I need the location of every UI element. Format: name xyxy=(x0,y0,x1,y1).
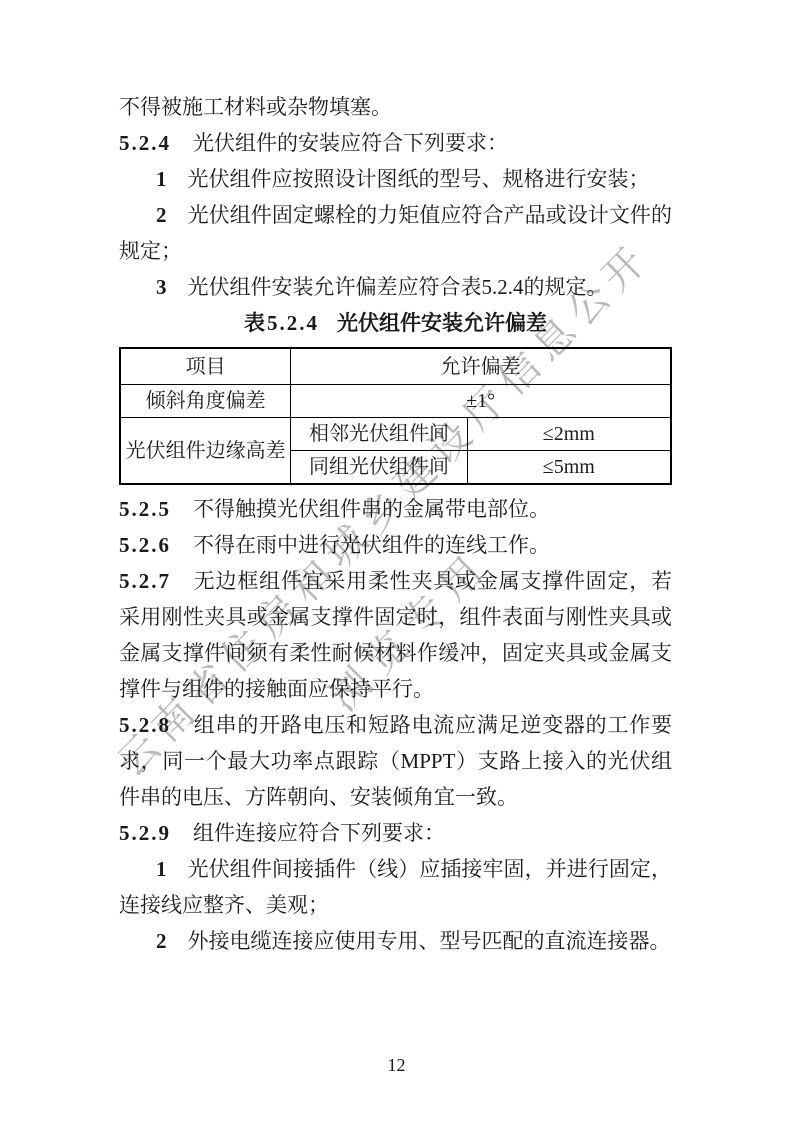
clause-5-2-7-text: 无边框组件宜采用柔性夹具或金属支撑件固定，若采用刚性夹具或金属支撑件固定时，组件… xyxy=(119,569,672,701)
table-header-row: 项目 允许偏差 xyxy=(120,348,671,385)
edge-item-cell: 光伏组件边缘高差 xyxy=(120,418,291,485)
clause-5-2-6-number: 5.2.6 xyxy=(119,533,171,557)
clause-5-2-6: 5.2.6不得在雨中进行光伏组件的连线工作。 xyxy=(119,527,672,563)
page-number: 12 xyxy=(0,1055,793,1076)
clause-5-2-5-number: 5.2.5 xyxy=(119,497,171,521)
item-number: 1 xyxy=(156,857,167,881)
clause-5-2-9-item-2: 2外接电缆连接应使用专用、型号匹配的直流连接器。 xyxy=(119,923,672,959)
item-number: 3 xyxy=(156,275,167,299)
clause-5-2-4: 5.2.4光伏组件的安装应符合下列要求： xyxy=(119,125,672,161)
clause-5-2-8-number: 5.2.8 xyxy=(119,713,171,737)
item-text: 光伏组件应按照设计图纸的型号、规格进行安装； xyxy=(188,167,650,191)
clause-5-2-8: 5.2.8组串的开路电压和短路电流应满足逆变器的工作要求，同一个最大功率点跟踪（… xyxy=(119,707,672,815)
table-row-tilt: 倾斜角度偏差 ±1° xyxy=(120,385,671,418)
clause-5-2-9-number: 5.2.9 xyxy=(119,821,171,845)
table-header-item: 项目 xyxy=(120,348,291,385)
clause-5-2-5: 5.2.5不得触摸光伏组件串的金属带电部位。 xyxy=(119,491,672,527)
clause-5-2-5-text: 不得触摸光伏组件串的金属带电部位。 xyxy=(193,497,550,521)
clause-5-2-4-item-2: 2光伏组件固定螺栓的力矩值应符合产品或设计文件的规定； xyxy=(119,197,672,269)
item-text: 光伏组件安装允许偏差应符合表5.2.4的规定。 xyxy=(188,275,608,299)
clause-5-2-4-number: 5.2.4 xyxy=(119,131,171,155)
clause-5-2-9-item-1: 1光伏组件间接插件（线）应插接牢固，并进行固定，连接线应整齐、美观； xyxy=(119,851,672,923)
intro-paragraph: 不得被施工材料或杂物填塞。 xyxy=(119,89,672,125)
edge-adjacent-label-cell: 相邻光伏组件间 xyxy=(291,418,467,451)
clause-5-2-6-text: 不得在雨中进行光伏组件的连线工作。 xyxy=(193,533,550,557)
clause-5-2-9-text: 组件连接应符合下列要求： xyxy=(193,821,445,845)
item-text: 光伏组件间接插件（线）应插接牢固，并进行固定，连接线应整齐、美观； xyxy=(119,857,672,917)
clause-5-2-4-item-3: 3光伏组件安装允许偏差应符合表5.2.4的规定。 xyxy=(119,269,672,305)
tilt-value-cell: ±1° xyxy=(291,385,671,418)
item-text: 光伏组件固定螺栓的力矩值应符合产品或设计文件的规定； xyxy=(119,203,672,263)
table-5-2-4-title: 表5.2.4光伏组件安装允许偏差 xyxy=(119,307,672,339)
item-text: 外接电缆连接应使用专用、型号匹配的直流连接器。 xyxy=(188,929,671,953)
clause-5-2-4-item-1: 1光伏组件应按照设计图纸的型号、规格进行安装； xyxy=(119,161,672,197)
clause-5-2-4-text: 光伏组件的安装应符合下列要求： xyxy=(193,131,508,155)
table-row-edge-adjacent: 光伏组件边缘高差 相邻光伏组件间 ≤2mm xyxy=(120,418,671,451)
table-header-deviation: 允许偏差 xyxy=(291,348,671,385)
item-number: 2 xyxy=(156,203,167,227)
table-title-label: 表5.2.4 xyxy=(244,311,319,335)
clause-5-2-7-number: 5.2.7 xyxy=(119,569,171,593)
item-number: 2 xyxy=(156,929,167,953)
table-title-text: 光伏组件安装允许偏差 xyxy=(337,311,547,335)
edge-same-group-label-cell: 同组光伏组件间 xyxy=(291,451,467,485)
intro-text: 不得被施工材料或杂物填塞。 xyxy=(119,95,392,119)
tilt-item-cell: 倾斜角度偏差 xyxy=(120,385,291,418)
edge-same-group-value-cell: ≤5mm xyxy=(467,451,671,485)
item-number: 1 xyxy=(156,167,167,191)
clause-5-2-9: 5.2.9组件连接应符合下列要求： xyxy=(119,815,672,851)
table-5-2-4: 项目 允许偏差 倾斜角度偏差 ±1° 光伏组件边缘高差 相邻光伏组件间 ≤2mm… xyxy=(119,347,672,485)
edge-adjacent-value-cell: ≤2mm xyxy=(467,418,671,451)
document-body: 不得被施工材料或杂物填塞。 5.2.4光伏组件的安装应符合下列要求： 1光伏组件… xyxy=(119,89,672,959)
clause-5-2-8-text: 组串的开路电压和短路电流应满足逆变器的工作要求，同一个最大功率点跟踪（MPPT）… xyxy=(119,713,672,809)
document-page: 云南省住房和城乡建设厅信息公开 浏览专用 不得被施工材料或杂物填塞。 5.2.4… xyxy=(0,0,793,1122)
clause-5-2-7: 5.2.7无边框组件宜采用柔性夹具或金属支撑件固定，若采用刚性夹具或金属支撑件固… xyxy=(119,563,672,707)
